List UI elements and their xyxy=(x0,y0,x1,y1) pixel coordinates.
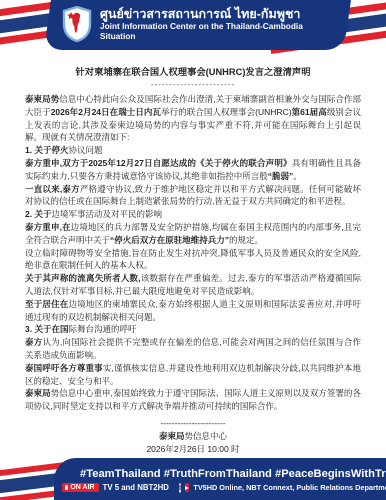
header-title-english: Joint Information Center on the Thailand… xyxy=(100,22,340,41)
title-divider: ----------------------- xyxy=(25,80,361,90)
paragraph-intro: 泰柬局势信息中心特此向公众及国际社会作出澄清,关于柬埔寨副首相兼外交与国际合作部… xyxy=(25,93,361,144)
paragraph: 泰柬局势信息中心重申,泰国始终致力于遵守国际法、国际人道主义原则以及双方签署的各… xyxy=(25,387,361,413)
header-title-thai: ศูนย์ข่าวสารสถานการณ์ ไทย-กัมพูชา xyxy=(100,7,340,21)
channels-label: TV 5 and NBT2HD xyxy=(103,483,169,492)
online-platforms-label: TV5HD Online, NBT Connext, Public Relati… xyxy=(193,483,386,492)
paragraph: 泰国呼吁各方尊重事实,谨慎核实信息,并建设性地利用双边机制解决分歧,以共同维护本… xyxy=(25,362,361,388)
footer: #TeamThailand #TruthFromThailand #PeaceB… xyxy=(0,452,386,500)
document: 针对柬埔寨在联合国人权理事会(UNHRC)发言之澄清声明 -----------… xyxy=(0,54,386,455)
statement-page: ศูนย์ข่าวสารสถานการณ์ ไทย-กัมพูชา Joint … xyxy=(0,0,386,500)
on-air-label: ON AIR xyxy=(70,484,94,491)
document-body: 泰柬局势信息中心特此向公众及国际社会作出澄清,关于柬埔寨副首相兼外交与国际合作部… xyxy=(25,93,361,455)
mic-icon xyxy=(65,485,68,490)
on-air-badge: ON AIR xyxy=(62,483,98,492)
section-heading-2: 2. 关于边境军事活动及对平民的影响 xyxy=(25,208,361,221)
paragraph: 泰方重申,双方于2025年12月27日自愿达成的《关于停火的联合声明》具有明确性… xyxy=(25,157,361,183)
section-heading-3: 3. 关于在国际舞台沟通的呼吁 xyxy=(25,323,361,336)
paragraph: 一直以来,泰方严格遵守协议,致力于维护地区稳定并以和平方式解决问题。任何可能破坏… xyxy=(25,183,361,209)
signature: 泰柬局势信息中心 xyxy=(25,430,361,443)
header: ศูนย์ข่าวสารสถานการณ์ ไทย-กัมพูชา Joint … xyxy=(0,0,386,54)
footer-band: #TeamThailand #TruthFromThailand #PeaceB… xyxy=(54,458,386,500)
paragraph: 泰方重申,在边境地区的兵力部署及安全防护措施,均属在泰国主权范围内的内部事务,且… xyxy=(25,221,361,247)
signature-divider: ----------------------- xyxy=(25,417,361,430)
paragraph: 泰方认为,向国际社会提供不完整或存在偏差的信息,可能会对两国之间的信任氛围与合作… xyxy=(25,336,361,362)
shield-logo-icon xyxy=(62,6,92,42)
header-band: ศูนย์ข่าวสารสถานการณ์ ไทย-กัมพูชา Joint … xyxy=(44,0,352,50)
document-title: 针对柬埔寨在联合国人权理事会(UNHRC)发言之澄清声明 xyxy=(25,64,361,78)
section-heading-1: 1. 关于停火协议问题 xyxy=(25,144,361,157)
footer-broadcast-line: ON AIR TV 5 and NBT2HD f TV5HD Online, N… xyxy=(80,483,378,493)
facebook-icon[interactable]: f xyxy=(179,483,182,493)
paragraph: 至于居住在边境地区的柬埔寨民众,泰方始终根据人道主义原则和国际法妥善应对,并呼吁… xyxy=(25,298,361,324)
tv-play-icon[interactable] xyxy=(185,483,189,492)
paragraph: 关于其声称的流离失所者人数,该数据存在严重偏差。过去,泰方的军事活动严格遵循国际… xyxy=(25,272,361,298)
paragraph: 设立临时障碍物等安全措施,旨在防止发生对抗冲突,降低军事人员及普通民众的安全风险… xyxy=(25,247,361,273)
footer-hashtags: #TeamThailand #TruthFromThailand #PeaceB… xyxy=(80,468,378,480)
